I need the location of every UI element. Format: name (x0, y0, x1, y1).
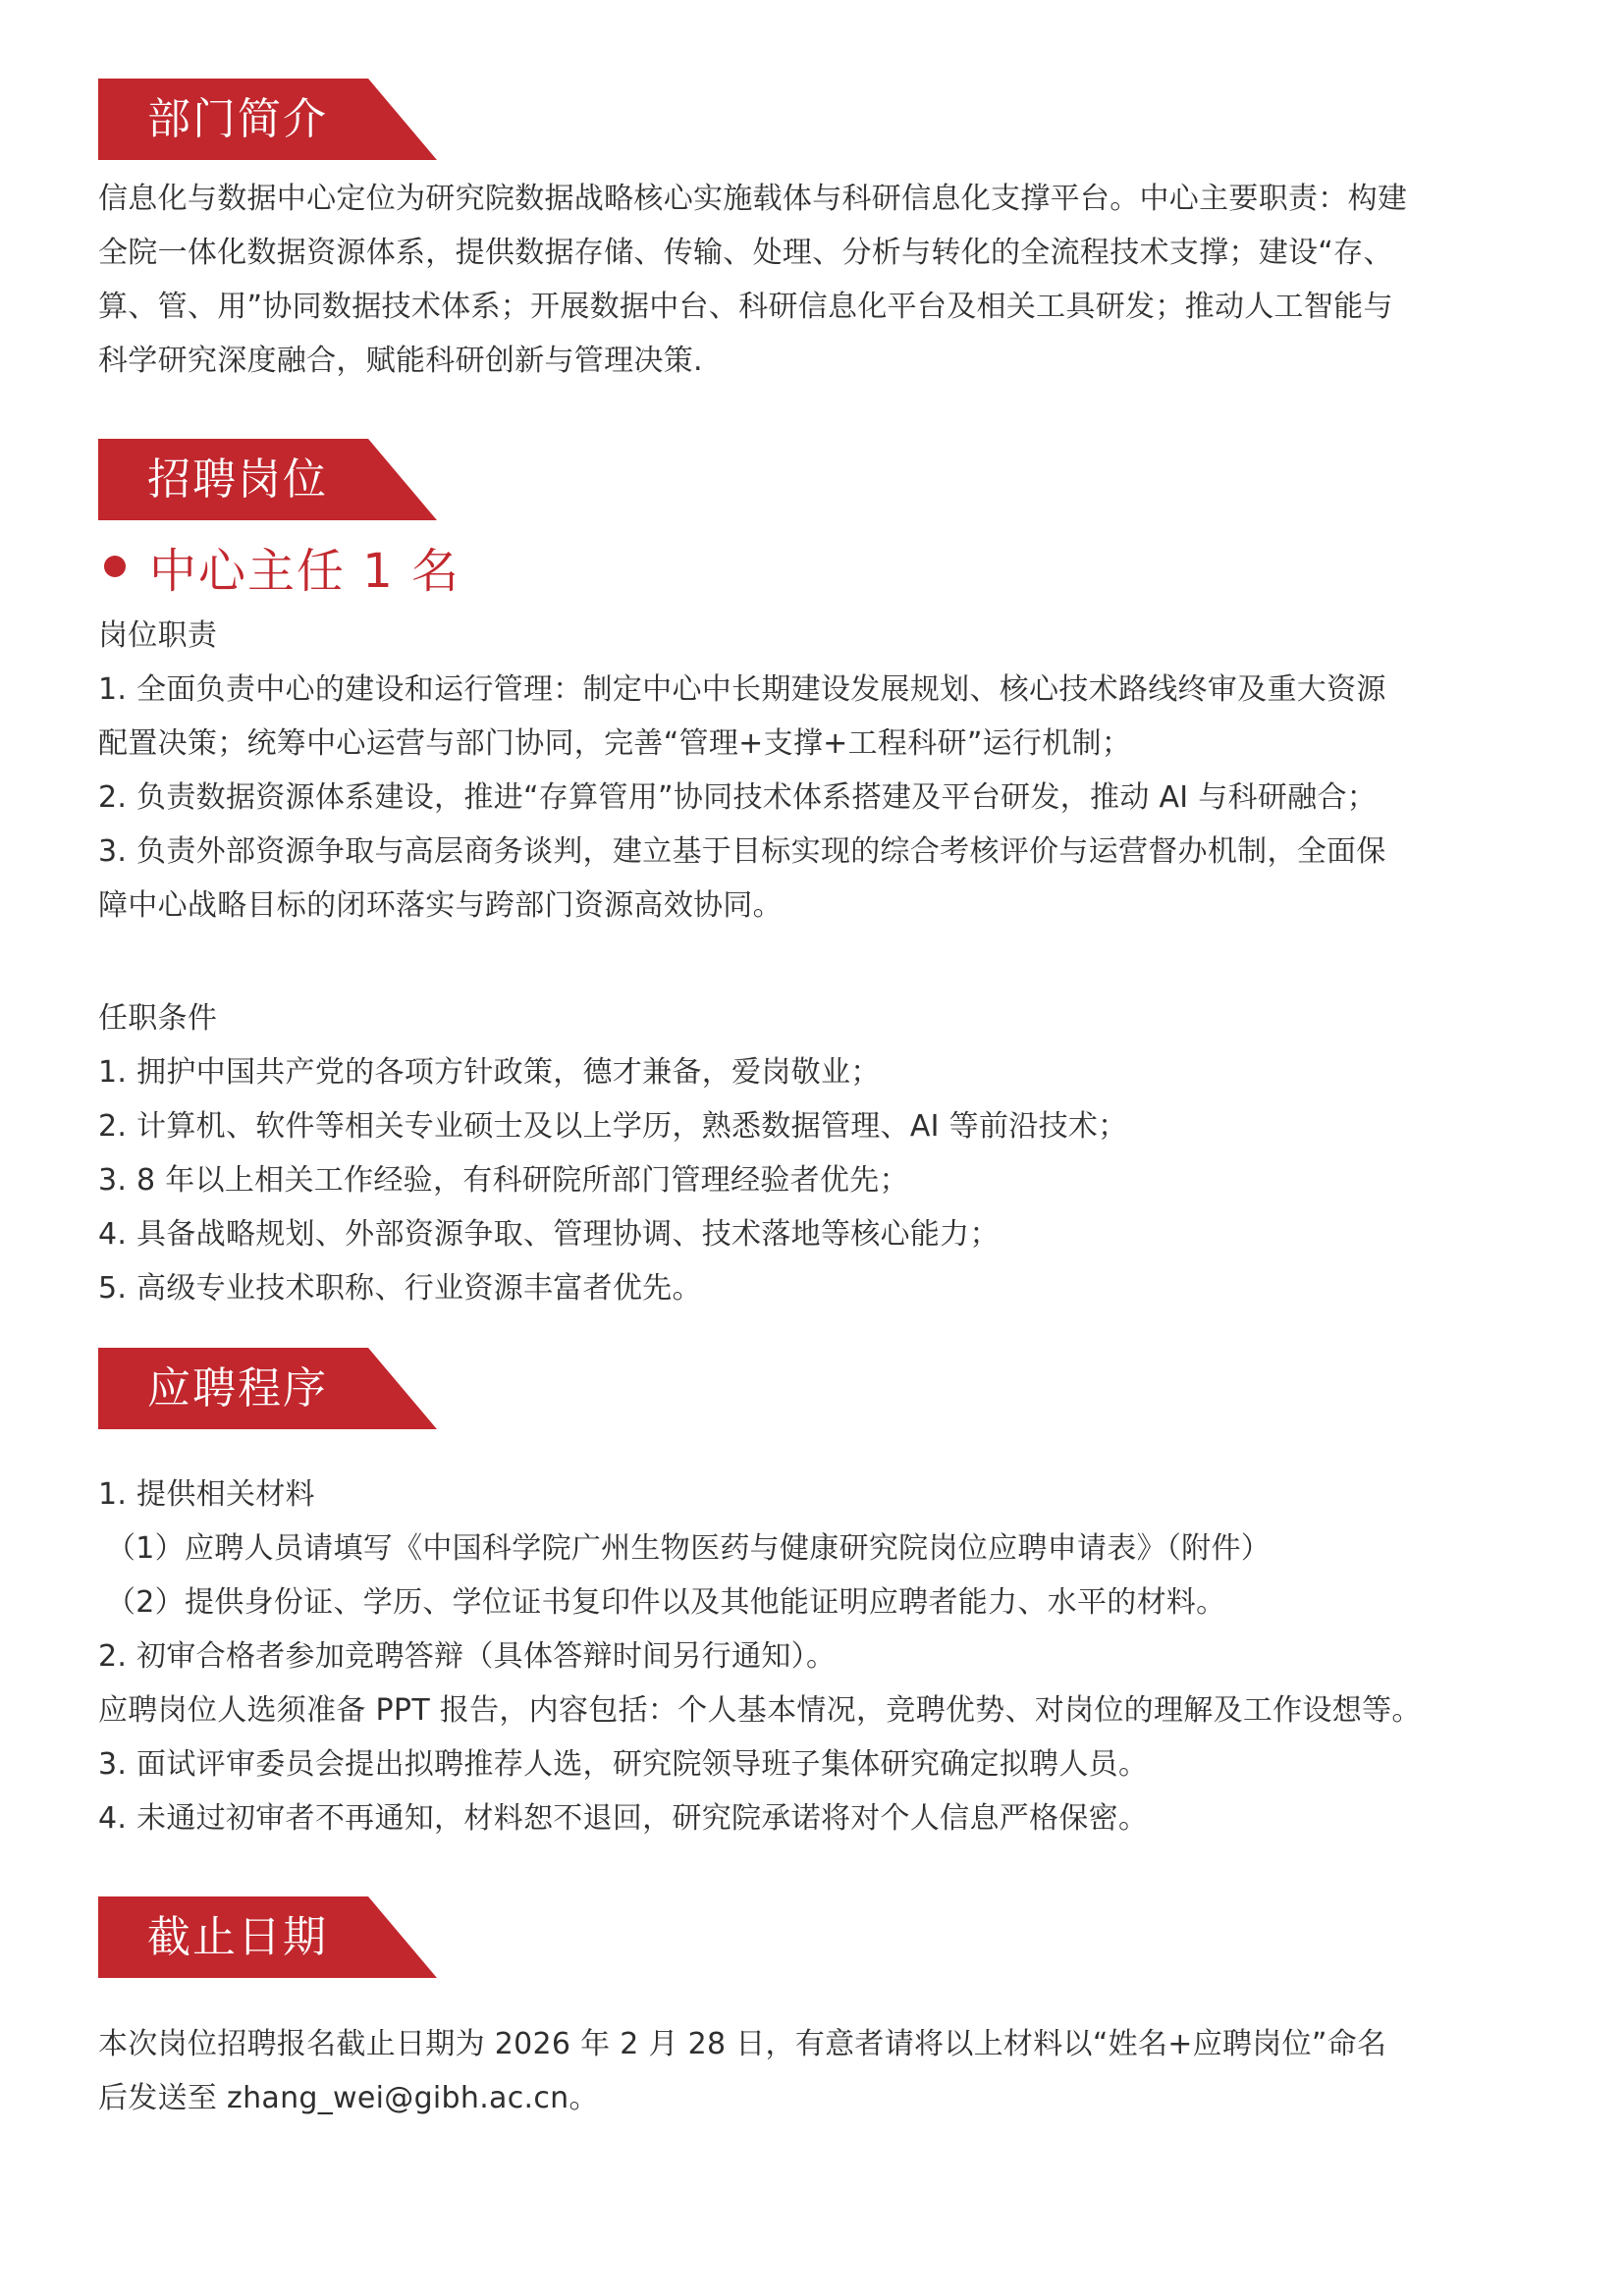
duty-line: 障中心战略目标的闭环落实与跨部门资源高效协同。 (98, 879, 783, 933)
intro-line: 全院一体化数据资源体系，提供数据存储、传输、处理、分析与转化的全流程技术支撑；建… (98, 226, 1393, 280)
deadline-line: 本次岗位招聘报名截止日期为 2026 年 2 月 28 日，有意者请将以上材料以… (98, 2017, 1386, 2071)
duty-line: 1. 全面负责中心的建设和运行管理：制定中心中长期建设发展规划、核心技术路线终审… (98, 663, 1386, 717)
section-title: 部门简介 (147, 79, 328, 160)
section-header-procedure: 应聘程序 (98, 1348, 437, 1429)
requirement-item: 4. 具备战略规划、外部资源争取、管理协调、技术落地等核心能力； (98, 1207, 1000, 1261)
section-header-deadline: 截止日期 (98, 1896, 437, 1978)
requirement-item: 5. 高级专业技术职称、行业资源丰富者优先。 (98, 1261, 702, 1315)
procedure-line: （2）提供身份证、学历、学位证书复印件以及其他能证明应聘者能力、水平的材料。 (106, 1575, 1226, 1629)
intro-line: 科学研究深度融合，赋能科研创新与管理决策. (98, 334, 703, 388)
requirement-item: 3. 8 年以上相关工作经验，有科研院所部门管理经验者优先； (98, 1153, 909, 1207)
procedure-line: （1）应聘人员请填写《中国科学院广州生物医药与健康研究院岗位应聘申请表》（附件） (106, 1522, 1271, 1575)
deadline-line: 后发送至 zhang_wei@gibh.ac.cn。 (98, 2071, 599, 2125)
procedure-line: 3. 面试评审委员会提出拟聘推荐人选，研究院领导班子集体研究确定拟聘人员。 (98, 1737, 1148, 1791)
duty-line: 2. 负责数据资源体系建设，推进“存算管用”协同技术体系搭建及平台研发，推动 A… (98, 771, 1377, 825)
section-title: 招聘岗位 (147, 439, 328, 520)
procedure-line: 2. 初审合格者参加竞聘答辩（具体答辩时间另行通知）。 (98, 1629, 836, 1683)
procedure-line: 4. 未通过初审者不再通知，材料恕不退回，研究院承诺将对个人信息严格保密。 (98, 1791, 1148, 1845)
duty-line: 3. 负责外部资源争取与高层商务谈判，建立基于目标实现的综合考核评价与运营督办机… (98, 825, 1386, 879)
requirements-label: 任职条件 (98, 991, 217, 1045)
position-heading: 中心主任 1 名 (98, 532, 460, 601)
section-title: 应聘程序 (147, 1348, 328, 1429)
intro-line: 算、管、用”协同数据技术体系；开展数据中台、科研信息化平台及相关工具研发；推动人… (98, 280, 1393, 334)
requirement-item: 2. 计算机、软件等相关专业硕士及以上学历，熟悉数据管理、AI 等前沿技术； (98, 1099, 1127, 1153)
bullet-dot-icon (104, 556, 126, 577)
section-header-positions: 招聘岗位 (98, 439, 437, 520)
requirement-item: 1. 拥护中国共产党的各项方针政策，德才兼备，爱岗敬业； (98, 1045, 881, 1099)
duties-label: 岗位职责 (98, 609, 217, 663)
intro-line: 信息化与数据中心定位为研究院数据战略核心实施载体与科研信息化支撑平台。中心主要职… (98, 172, 1407, 226)
procedure-line: 1. 提供相关材料 (98, 1468, 315, 1522)
section-header-intro: 部门简介 (98, 79, 437, 160)
section-title: 截止日期 (147, 1896, 328, 1978)
procedure-line: 应聘岗位人选须准备 PPT 报告，内容包括：个人基本情况，竞聘优势、对岗位的理解… (98, 1683, 1422, 1737)
duty-line: 配置决策；统筹中心运营与部门协同，完善“管理+支撑+工程科研”运行机制； (98, 717, 1131, 771)
recruitment-document-page: 部门简介 信息化与数据中心定位为研究院数据战略核心实施载体与科研信息化支撑平台。… (0, 0, 1624, 2296)
position-name: 中心主任 1 名 (149, 533, 460, 601)
